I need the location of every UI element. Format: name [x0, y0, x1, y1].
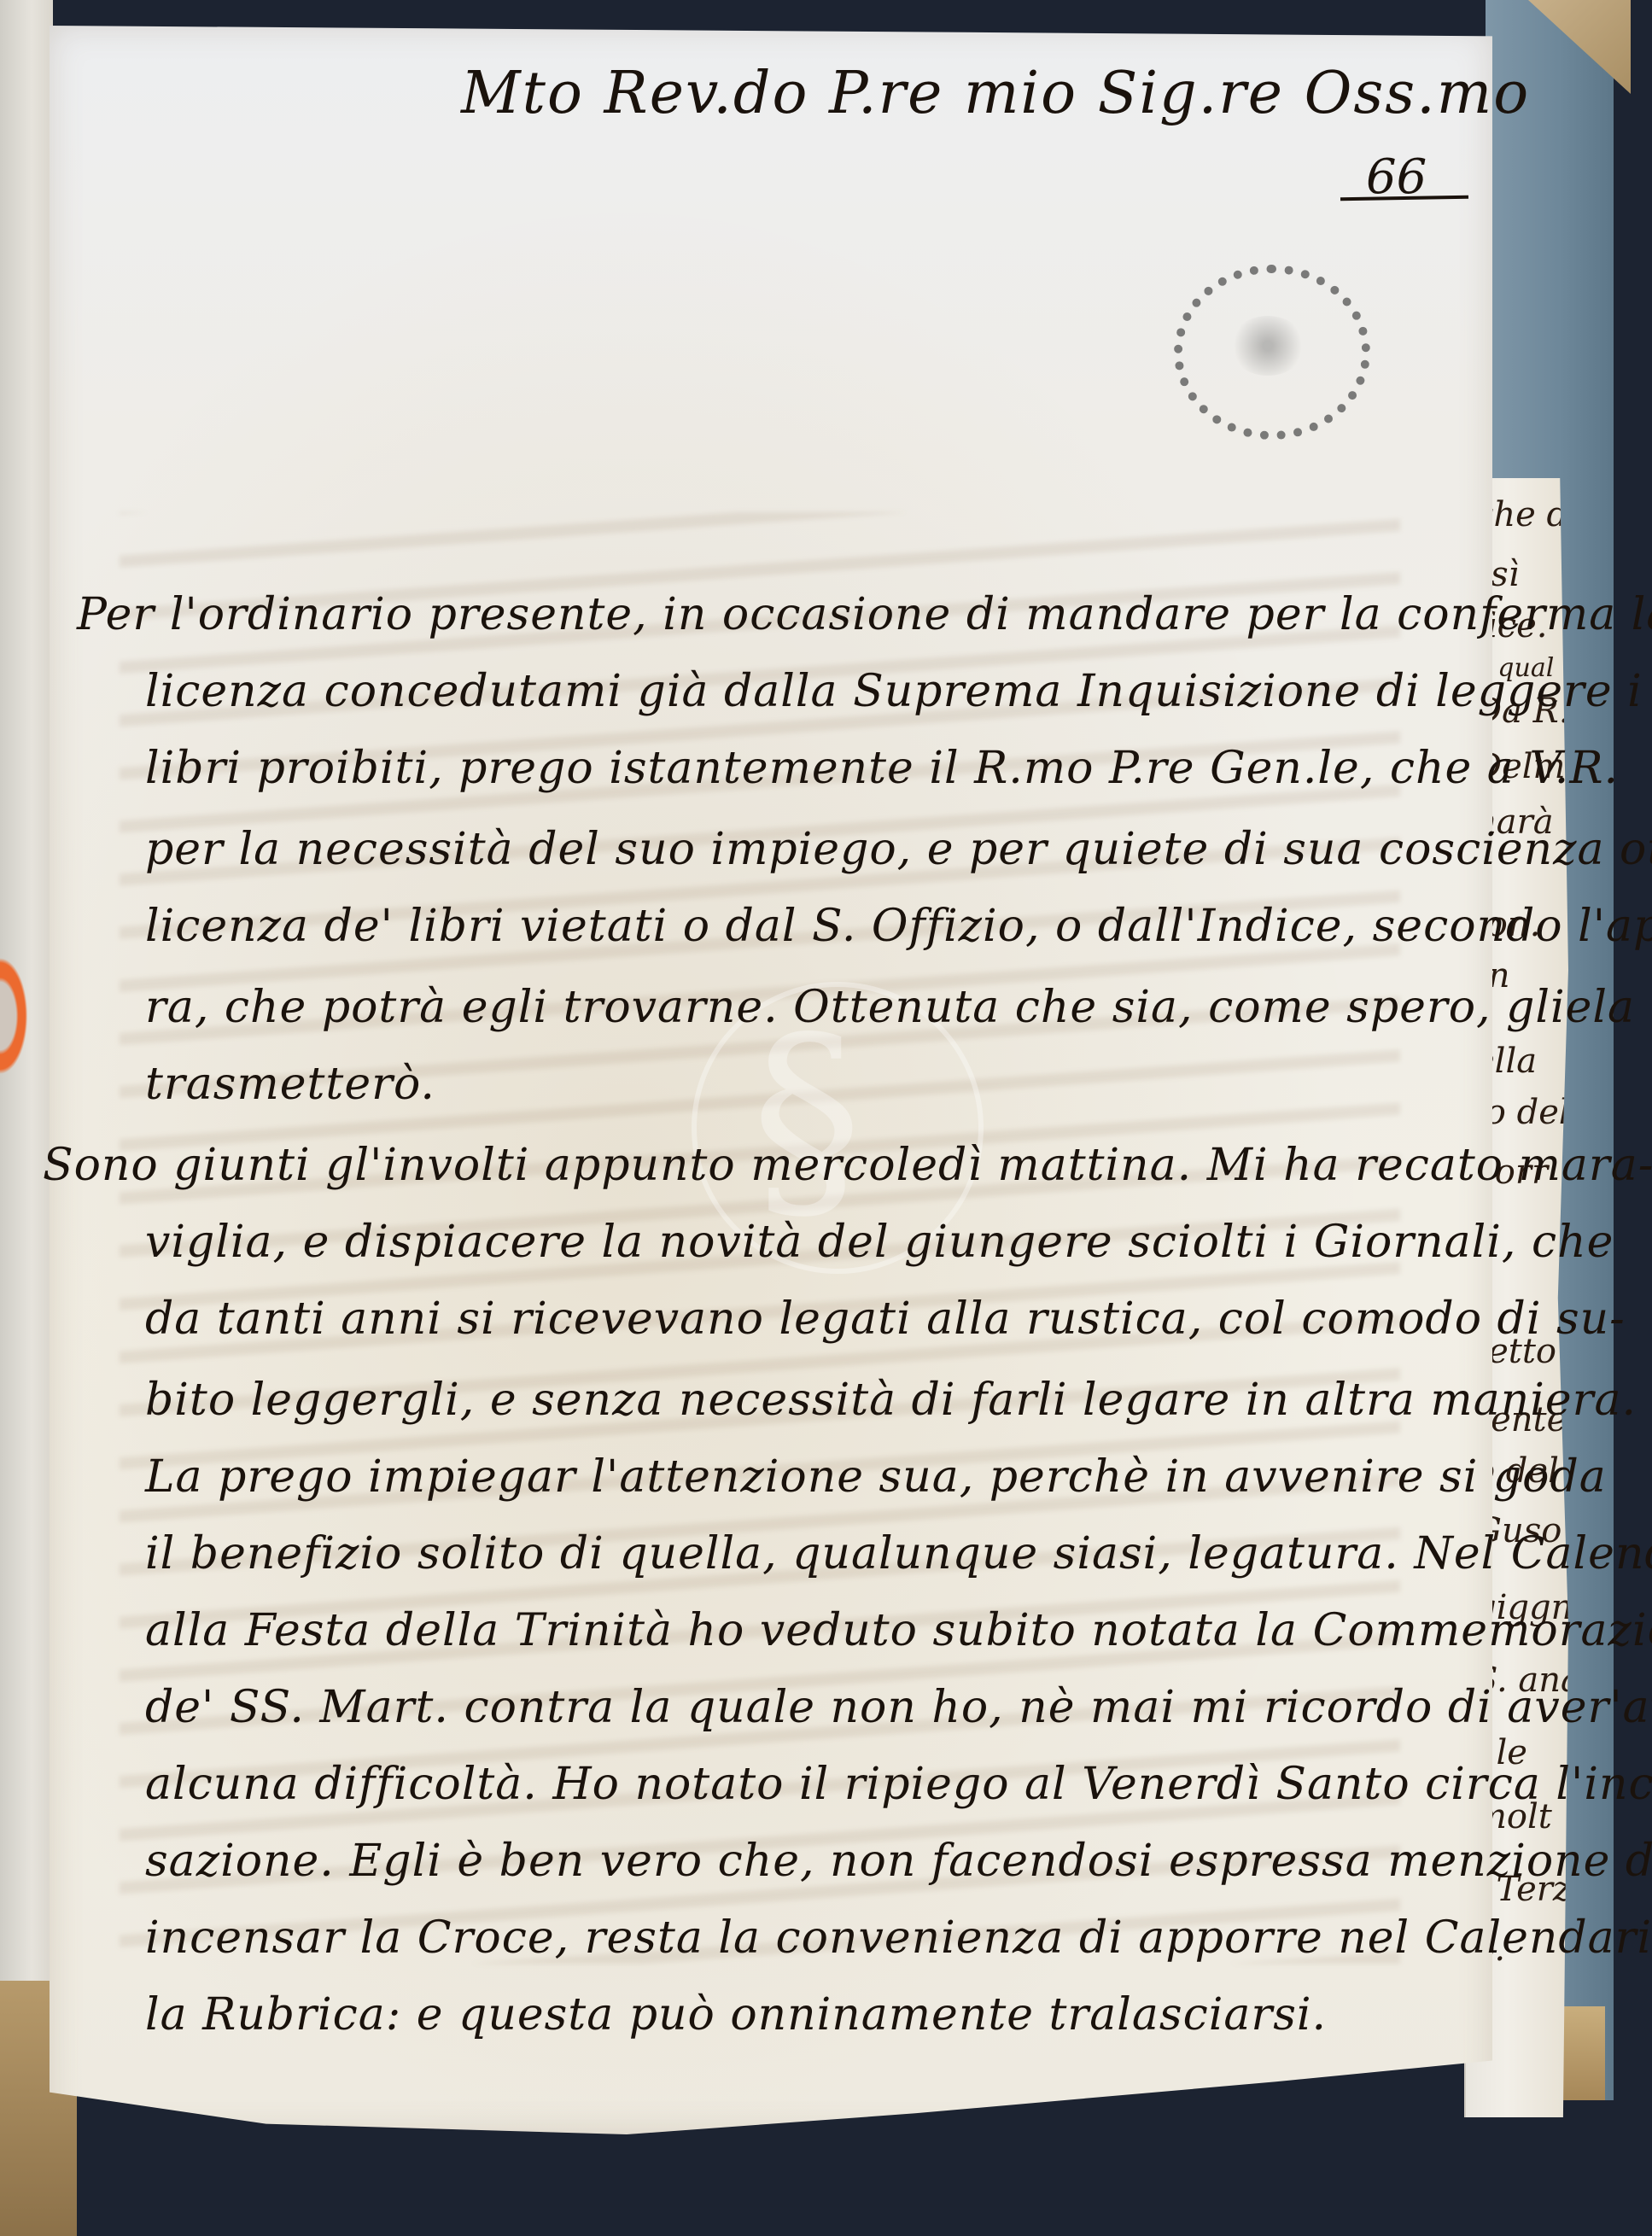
salutation-heading: Mto Rev.do P.re mio Sig.re Oss.mo	[461, 60, 1530, 127]
letter-line: licenza concedutami già dalla Suprema In…	[145, 666, 1643, 717]
letter-line: il benefizio solito di quella, qualunque…	[145, 1528, 1652, 1579]
letter-line: libri proibiti, prego istantemente il R.…	[145, 743, 1619, 794]
orange-library-stamp	[0, 948, 32, 1084]
letter-line: La prego impiegar l'attenzione sua, perc…	[145, 1451, 1607, 1503]
letter-line: ra, che potrà egli trovarne. Ottenuta ch…	[145, 982, 1635, 1033]
letter-line: alcuna difficoltà. Ho notato il ripiego …	[145, 1759, 1652, 1810]
archive-stamp-emblem	[1229, 316, 1306, 376]
letter-line: de' SS. Mart. contra la quale non ho, nè…	[145, 1682, 1652, 1733]
letter-line: bito leggergli, e senza necessità di far…	[145, 1375, 1637, 1426]
letter-line: la Rubrica: e questa può onninamente tra…	[145, 1989, 1327, 2040]
letter-line: viglia, e dispiacere la novità del giung…	[145, 1217, 1614, 1268]
letter-line: Sono giunti gl'involti appunto mercoledì…	[43, 1140, 1652, 1191]
letter-line: Per l'ordinario presente, in occasione d…	[77, 589, 1652, 640]
letter-line: incensar la Croce, resta la convenienza …	[145, 1912, 1652, 1964]
letter-line: alla Festa della Trinità ho veduto subit…	[145, 1605, 1652, 1656]
letter-line: da tanti anni si ricevevano legati alla …	[145, 1293, 1626, 1345]
letter-line: per la necessità del suo impiego, e per …	[145, 824, 1652, 875]
letter-line: trasmetterò.	[145, 1059, 435, 1110]
letter-line: sazione. Egli è ben vero che, non facend…	[145, 1836, 1652, 1887]
adjacent-left-page	[0, 0, 53, 2236]
letter-line: licenza de' libri vietati o dal S. Offiz…	[145, 901, 1652, 952]
